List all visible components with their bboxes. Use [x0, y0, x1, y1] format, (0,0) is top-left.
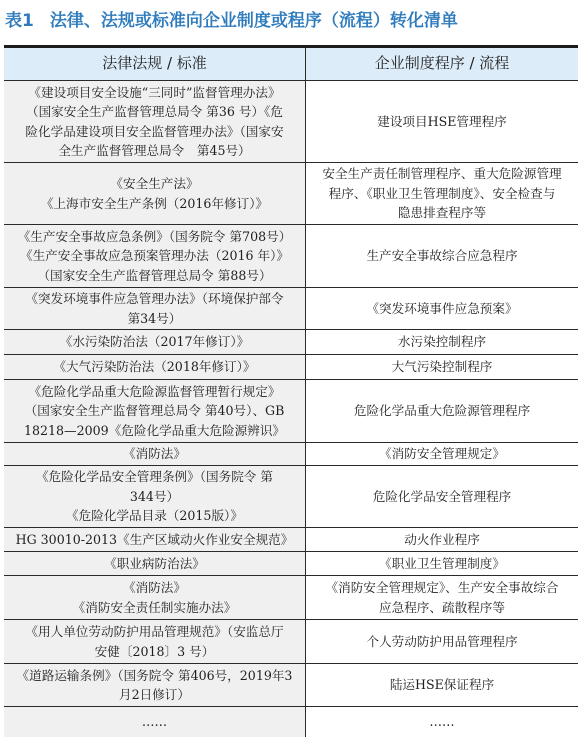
- procedure-cell: ……: [306, 707, 578, 737]
- law-cell: 《生产安全事故应急条例》（国务院令 第708号） 《生产安全事故应急预案管理办法…: [4, 225, 306, 287]
- procedure-cell: 《突发环境事件应急预案》: [306, 288, 578, 329]
- law-cell: 《突发环境事件应急管理办法》（环境保护部令 第34号）: [4, 288, 306, 329]
- law-cell: 《危险化学品安全管理条例》（国务院令 第 344号） 《危险化学品目录（2015…: [4, 466, 306, 527]
- procedure-cell: 安全生产责任制管理程序、重大危险源管理 程序、《职业卫生管理制度》、安全检查与 …: [306, 163, 578, 224]
- procedure-cell: 生产安全事故综合应急程序: [306, 225, 578, 287]
- procedure-cell: 危险化学品安全管理程序: [306, 466, 578, 527]
- procedure-cell: 《职业卫生管理制度》: [306, 552, 578, 575]
- header-laws-standards: 法律法规 / 标准: [4, 48, 306, 80]
- procedure-cell: 《消防安全管理规定》: [306, 443, 578, 465]
- table-row: 《生产安全事故应急条例》（国务院令 第708号） 《生产安全事故应急预案管理办法…: [4, 225, 578, 288]
- table-row: 《危险化学品安全管理条例》（国务院令 第 344号） 《危险化学品目录（2015…: [4, 466, 578, 528]
- procedure-cell: 动火作业程序: [306, 528, 578, 551]
- table-row: 《消防法》 《消防安全责任制实施办法》 《消防安全管理规定》、生产安全事故综合 …: [4, 576, 578, 620]
- table-row: 《消防法》 《消防安全管理规定》: [4, 443, 578, 466]
- law-cell: HG 30010-2013《生产区域动火作业安全规范》: [4, 528, 306, 551]
- law-cell: 《消防法》: [4, 443, 306, 465]
- procedure-cell: 危险化学品重大危险源管理程序: [306, 380, 578, 442]
- conversion-table: 法律法规 / 标准 企业制度程序 / 流程 《建设项目安全设施“三同时”监督管理…: [4, 45, 578, 737]
- law-cell: 《水污染防治法（2017年修订）》: [4, 330, 306, 354]
- law-cell: 《安全生产法》 《上海市安全生产条例（2016年修订）》: [4, 163, 306, 224]
- table-row: 《危险化学品重大危险源监督管理暂行规定》 （国家安全生产监督管理总局令 第40号…: [4, 380, 578, 443]
- table-row: 《道路运输条例》（国务院令 第406号，2019年3 月2日修订） 陆运HSE保…: [4, 664, 578, 707]
- procedure-cell: 个人劳动防护用品管理程序: [306, 620, 578, 663]
- law-cell: 《消防法》 《消防安全责任制实施办法》: [4, 576, 306, 619]
- law-cell: 《职业病防治法》: [4, 552, 306, 575]
- law-cell: ……: [4, 707, 306, 737]
- table-row: HG 30010-2013《生产区域动火作业安全规范》 动火作业程序: [4, 528, 578, 552]
- header-enterprise-procedures: 企业制度程序 / 流程: [306, 48, 578, 80]
- procedure-cell: 陆运HSE保证程序: [306, 664, 578, 706]
- table-row: 《职业病防治法》 《职业卫生管理制度》: [4, 552, 578, 576]
- law-cell: 《危险化学品重大危险源监督管理暂行规定》 （国家安全生产监督管理总局令 第40号…: [4, 380, 306, 442]
- procedure-cell: 大气污染控制程序: [306, 355, 578, 379]
- procedure-cell: 《消防安全管理规定》、生产安全事故综合 应急程序、疏散程序等: [306, 576, 578, 619]
- procedure-cell: 建设项目HSE管理程序: [306, 81, 578, 162]
- table-caption: 表1法律、法规或标准向企业制度或程序（流程）转化清单: [5, 8, 458, 34]
- table-row: 《水污染防治法（2017年修订）》 水污染控制程序: [4, 330, 578, 355]
- law-cell: 《用人单位劳动防护用品管理规范》（安监总厅 安健〔2018〕3 号）: [4, 620, 306, 663]
- table-header-row: 法律法规 / 标准 企业制度程序 / 流程: [4, 48, 578, 81]
- table-row: 《大气污染防治法（2018年修订）》 大气污染控制程序: [4, 355, 578, 380]
- law-cell: 《道路运输条例》（国务院令 第406号，2019年3 月2日修订）: [4, 664, 306, 706]
- procedure-cell: 水污染控制程序: [306, 330, 578, 354]
- table-row: 《建设项目安全设施“三同时”监督管理办法》 （国家安全生产监督管理总局令 第36…: [4, 81, 578, 163]
- table-row: 《安全生产法》 《上海市安全生产条例（2016年修订）》 安全生产责任制管理程序…: [4, 163, 578, 225]
- table-row: 《用人单位劳动防护用品管理规范》（安监总厅 安健〔2018〕3 号） 个人劳动防…: [4, 620, 578, 664]
- law-cell: 《建设项目安全设施“三同时”监督管理办法》 （国家安全生产监督管理总局令 第36…: [4, 81, 306, 162]
- table-number: 表1: [5, 8, 34, 34]
- table-title: 法律、法规或标准向企业制度或程序（流程）转化清单: [50, 11, 458, 31]
- table-row: 《突发环境事件应急管理办法》（环境保护部令 第34号） 《突发环境事件应急预案》: [4, 288, 578, 330]
- table-row-ellipsis: …… ……: [4, 707, 578, 737]
- law-cell: 《大气污染防治法（2018年修订）》: [4, 355, 306, 379]
